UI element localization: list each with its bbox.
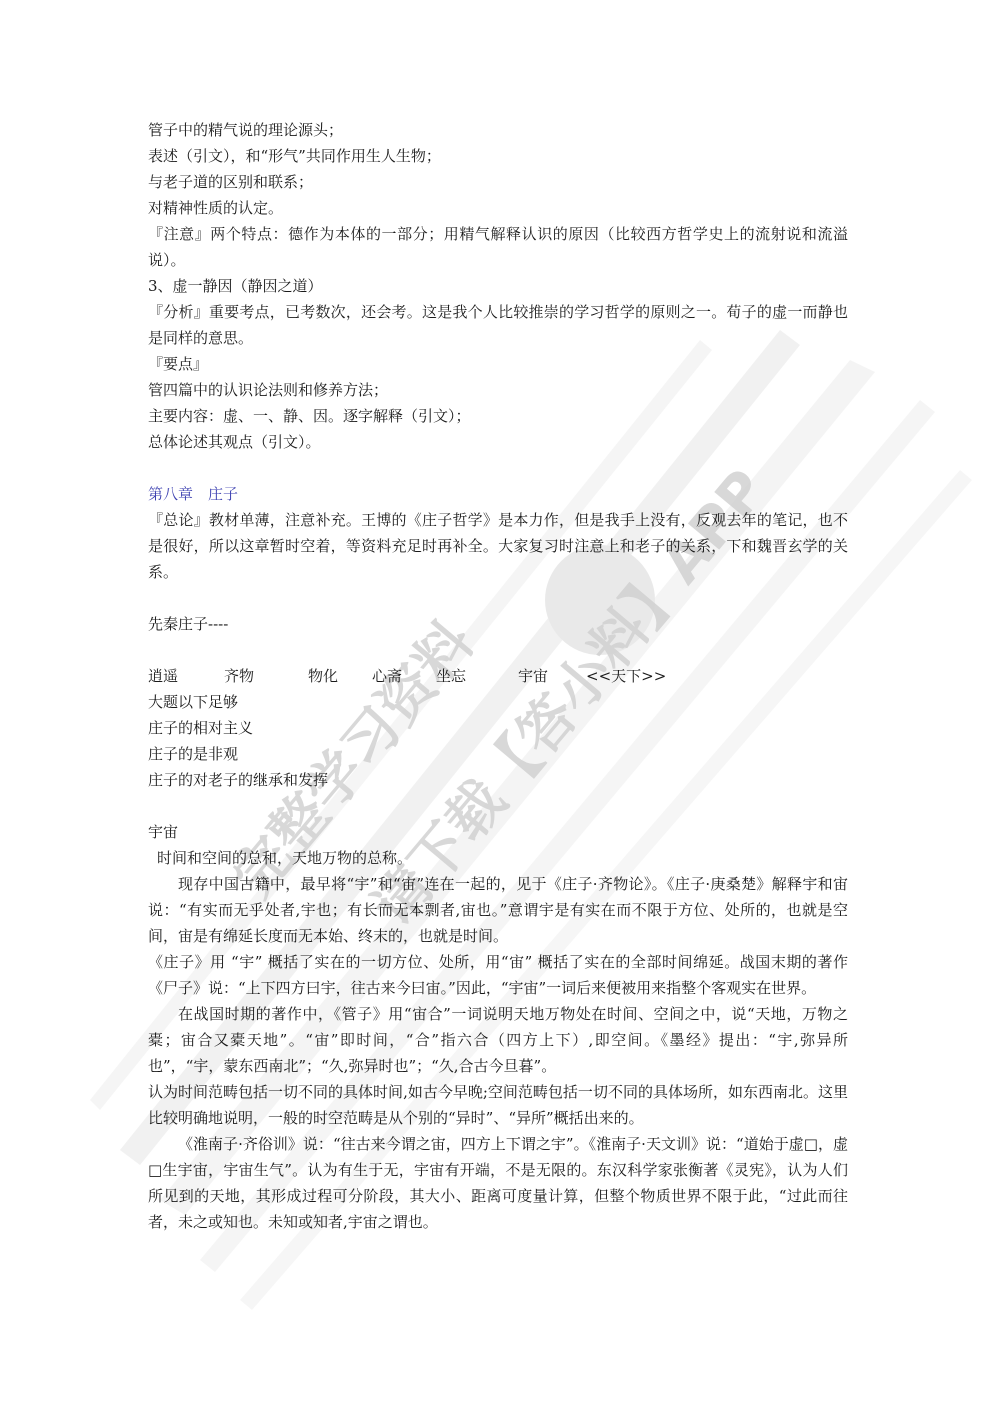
overview-paragraph: 『总论』教材单薄，注意补充。王博的《庄子哲学》是本力作，但是我手上没有，反观去年… (148, 507, 848, 585)
term: 齐物 (224, 663, 308, 689)
key-terms-row: 逍遥 齐物 物化 心斋 坐忘 宇宙 <<天下>> (148, 663, 848, 689)
key-points-label: 『要点』 (148, 351, 848, 377)
section-universe: 宇宙 时间和空间的总和，天地万物的总称。 现存中国古籍中，最早将“宇”和“宙”连… (148, 819, 848, 1235)
chapter-8-zhuangzi: 第八章 庄子 『总论』教材单薄，注意补充。王博的《庄子哲学》是本力作，但是我手上… (148, 481, 848, 793)
section-title: 3、虚一静因（静因之道） (148, 273, 848, 299)
section-xuyi-jingyin: 3、虚一静因（静因之道） 『分析』重要考点，已考数次，还会考。这是我个人比较推崇… (148, 273, 848, 455)
term: <<天下>> (586, 663, 666, 689)
list-item: 表述（引文），和“形气”共同作用生人生物； (148, 143, 848, 169)
term: 坐忘 (436, 663, 518, 689)
list-item: 总体论述其观点（引文）。 (148, 429, 848, 455)
term: 逍遥 (148, 663, 224, 689)
definition: 时间和空间的总和，天地万物的总称。 (148, 845, 848, 871)
topic-item: 大题以下足够 (148, 689, 848, 715)
paragraph: 认为时间范畴包括一切不同的具体时间,如古今早晚;空间范畴包括一切不同的具体场所，… (148, 1079, 848, 1131)
topic-item: 庄子的相对主义 (148, 715, 848, 741)
list-item: 对精神性质的认定。 (148, 195, 848, 221)
list-item: 与老子道的区别和联系； (148, 169, 848, 195)
note-paragraph: 『注意』两个特点：德作为本体的一部分；用精气解释认识的原因（比较西方哲学史上的流… (148, 221, 848, 273)
list-item: 主要内容：虚、一、静、因。逐字解释（引文）； (148, 403, 848, 429)
section-title: 宇宙 (148, 819, 848, 845)
document-page: 管子中的精气说的理论源头； 表述（引文），和“形气”共同作用生人生物； 与老子道… (148, 117, 848, 1235)
term: 物化 (308, 663, 372, 689)
term: 宇宙 (518, 663, 586, 689)
term: 心斋 (372, 663, 436, 689)
paragraph: 在战国时期的著作中，《管子》用“宙合”一词说明天地万物处在时间、空间之中，说“天… (148, 1001, 848, 1079)
paragraph: 《淮南子·齐俗训》说：“往古来今谓之宙，四方上下谓之宇”。《淮南子·天文训》说：… (148, 1131, 848, 1235)
section-guanzi: 管子中的精气说的理论源头； 表述（引文），和“形气”共同作用生人生物； 与老子道… (148, 117, 848, 273)
topic-item: 庄子的是非观 (148, 741, 848, 767)
chapter-heading: 第八章 庄子 (148, 481, 848, 507)
paragraph: 现存中国古籍中，最早将“宇”和“宙”连在一起的，见于《庄子·齐物论》。《庄子·庚… (148, 871, 848, 949)
topic-item: 庄子的对老子的继承和发挥 (148, 767, 848, 793)
pre-qin-label: 先秦庄子---- (148, 611, 848, 637)
list-item: 管子中的精气说的理论源头； (148, 117, 848, 143)
list-item: 管四篇中的认识论法则和修养方法； (148, 377, 848, 403)
analysis-paragraph: 『分析』重要考点，已考数次，还会考。这是我个人比较推崇的学习哲学的原则之一。荀子… (148, 299, 848, 351)
paragraph: 《庄子》用 “宇” 概括了实在的一切方位、处所，用“宙” 概括了实在的全部时间绵… (148, 949, 848, 1001)
